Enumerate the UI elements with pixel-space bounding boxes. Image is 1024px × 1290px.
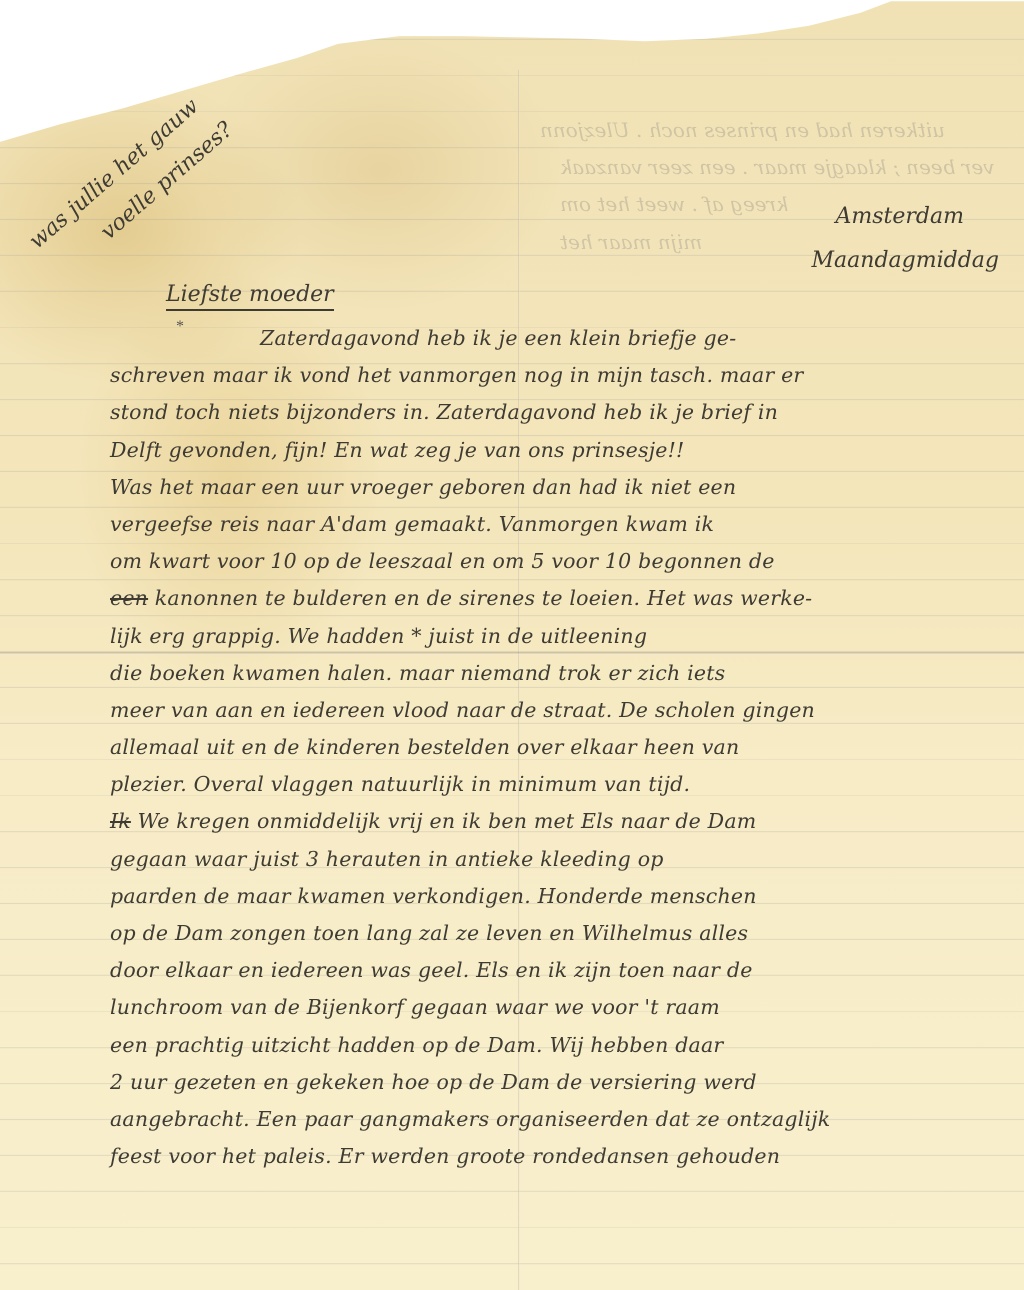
letter-line: een prachtig uitzicht hadden op de Dam. … xyxy=(110,1027,990,1064)
letter-line: aangebracht. Een paar gangmakers organis… xyxy=(110,1101,990,1138)
letter-line: 2 uur gezeten en gekeken hoe op de Dam d… xyxy=(110,1064,990,1101)
letter-line: een kanonnen te bulderen en de sirenes t… xyxy=(110,580,990,617)
letter-line: die boeken kwamen halen. maar niemand tr… xyxy=(110,655,990,692)
struck-word: Ik xyxy=(110,809,131,833)
letter-line: lijk erg grappig. We hadden * juist in d… xyxy=(110,618,990,655)
letter-line: op de Dam zongen toen lang zal ze leven … xyxy=(110,915,990,952)
letter-line: Delft gevonden, fijn! En wat zeg je van … xyxy=(110,432,990,469)
letter-line: gegaan waar juist 3 herauten in antieke … xyxy=(110,841,990,878)
letter-line: stond toch niets bijzonders in. Zaterdag… xyxy=(110,394,990,431)
letter-place: Amsterdam xyxy=(812,195,964,239)
letter-line-text: kanonnen te bulderen en de sirenes te lo… xyxy=(155,586,813,610)
letter-body: Zaterdagavond heb ik je een klein briefj… xyxy=(110,320,990,1175)
letter-line: plezier. Overal vlaggen natuurlijk in mi… xyxy=(110,766,990,803)
bleed-through-line: mijn maar het xyxy=(560,230,702,254)
bleed-through-line: ver been ; klaagje maar . een zeer vanza… xyxy=(560,155,995,179)
letter-line: Ik We kregen onmiddelijk vrij en ik ben … xyxy=(110,803,990,840)
letter-line: om kwart voor 10 op de leeszaal en om 5 … xyxy=(110,543,990,580)
letter-line: lunchroom van de Bijenkorf gegaan waar w… xyxy=(110,989,990,1026)
letter-line: meer van aan en iedereen vlood naar de s… xyxy=(110,692,990,729)
bleed-through-line: uitkeren had en prinses noch . Ulezjonn xyxy=(540,118,945,142)
letter-date: Maandagmiddag xyxy=(812,239,999,283)
letter-line: vergeefse reis naar A'dam gemaakt. Vanmo… xyxy=(110,506,990,543)
letter-line: allemaal uit en de kinderen bestelden ov… xyxy=(110,729,990,766)
letter-line-text: We kregen onmiddelijk vrij en ik ben met… xyxy=(138,809,757,833)
letter-line: Was het maar een uur vroeger geboren dan… xyxy=(110,469,990,506)
letter-line: feest voor het paleis. Er werden groote … xyxy=(110,1138,990,1175)
bleed-through-line: kreeg af . weet het om xyxy=(560,192,788,216)
letter-line: paarden de maar kwamen verkondigen. Hond… xyxy=(110,878,990,915)
letter-line: door elkaar en iedereen was geel. Els en… xyxy=(110,952,990,989)
letter-line: schreven maar ik vond het vanmorgen nog … xyxy=(110,357,990,394)
letter-salutation: Liefste moeder xyxy=(166,282,334,311)
struck-word: een xyxy=(110,586,148,610)
letter-line: Zaterdagavond heb ik je een klein briefj… xyxy=(110,320,990,357)
letter-heading: Amsterdam Maandagmiddag xyxy=(812,195,964,283)
